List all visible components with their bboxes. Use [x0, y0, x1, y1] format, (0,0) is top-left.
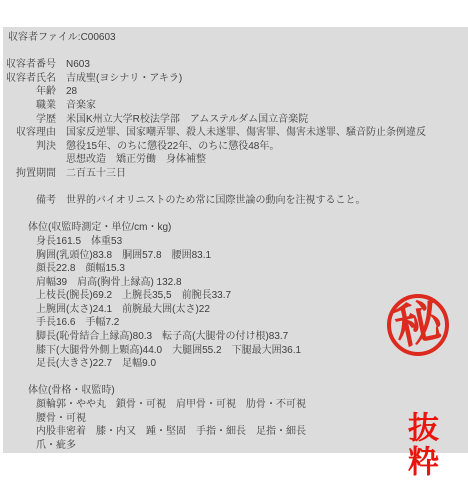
row-value: 米国K州立大学R校法学部 アムステルダム国立音楽院 — [66, 113, 308, 127]
confidential-seal: 秘 — [387, 294, 449, 356]
file-panel: 収容者ファイル:C00603 収容者番号 N603 収容者氏名 吉成聖(ヨシナリ… — [3, 27, 468, 453]
row-label: 収容者氏名 — [6, 72, 56, 86]
profile-row-sentence-cont: 思想改造 矯正労働 身体補整 — [6, 153, 468, 167]
row-value: 二百五十三日 — [66, 167, 126, 181]
remarks-row: 備考 世界的バイオリニストのため常に国際世論の動向を注視すること。 — [6, 194, 468, 208]
blank-line — [6, 181, 468, 195]
row-label: 職業 — [6, 99, 56, 113]
profile-row-charges: 収容理由 国家反逆罪、国家嘲弄罪、殺人未遂罪、傷害罪、傷害未遂罪、騒音防止条例違… — [6, 126, 468, 140]
measurement-line: 顔長22.8 顔幅15.3 — [36, 262, 468, 276]
blank-line — [6, 208, 468, 222]
detainee-file-document: 収容者ファイル:C00603 収容者番号 N603 収容者氏名 吉成聖(ヨシナリ… — [0, 0, 468, 487]
row-value: 28 — [66, 85, 77, 99]
row-label: 収容理由 — [6, 126, 56, 140]
row-value: 国家反逆罪、国家嘲弄罪、殺人未遂罪、傷害罪、傷害未遂罪、騒音防止条例違反 — [66, 126, 426, 140]
row-value: 吉成聖(ヨシナリ・アキラ) — [66, 72, 182, 86]
row-label: 収容者番号 — [6, 58, 56, 72]
remarks-label: 備考 — [6, 194, 56, 208]
profile-row-detention-period: 拘置期間 二百五十三日 — [6, 167, 468, 181]
excerpt-stamp: 抜粋 — [404, 411, 436, 479]
profile-row-occupation: 職業 音楽家 — [6, 99, 468, 113]
measurements-title: 体位(収監時測定・単位/cm・kg) — [28, 221, 468, 235]
remarks-value: 世界的バイオリニストのため常に国際世論の動向を注視すること。 — [66, 194, 366, 208]
row-label: 年齢 — [6, 85, 56, 99]
file-id-line: 収容者ファイル:C00603 — [6, 31, 468, 45]
confidential-seal-character: 秘 — [390, 297, 446, 353]
row-label — [6, 153, 56, 167]
profile-row-number: 収容者番号 N603 — [6, 58, 468, 72]
measurement-line: 身長161.5 体重53 — [36, 235, 468, 249]
row-value: N603 — [66, 58, 90, 72]
row-label: 判決 — [6, 140, 56, 154]
row-label: 拘置期間 — [6, 167, 56, 181]
row-value: 音楽家 — [66, 99, 96, 113]
row-value: 懲役15年、のちに懲役22年、のちに懲役48年。 — [66, 140, 279, 154]
measurement-line: 肩幅39 肩高(胸骨上縁高) 132.8 — [36, 276, 468, 290]
measurement-line: 胸囲(乳頭位)83.8 胴囲57.8 腰囲83.1 — [36, 249, 468, 263]
skeleton-line: 顔輪郭・やや丸 鎖骨・可視 肩甲骨・可視 肋骨・不可視 — [36, 398, 468, 412]
profile-row-age: 年齢 28 — [6, 85, 468, 99]
profile-row-education: 学歴 米国K州立大学R校法学部 アムステルダム国立音楽院 — [6, 113, 468, 127]
row-label: 学歴 — [6, 113, 56, 127]
blank-line — [6, 45, 468, 59]
blank-line — [6, 371, 468, 385]
row-value: 思想改造 矯正労働 身体補整 — [66, 153, 206, 167]
profile-row-name: 収容者氏名 吉成聖(ヨシナリ・アキラ) — [6, 72, 468, 86]
profile-row-sentence: 判決 懲役15年、のちに懲役22年、のちに懲役48年。 — [6, 140, 468, 154]
skeleton-title: 体位(骨格・収監時) — [28, 384, 468, 398]
measurement-line: 足長(大きさ)22.7 足幅9.0 — [36, 357, 468, 371]
